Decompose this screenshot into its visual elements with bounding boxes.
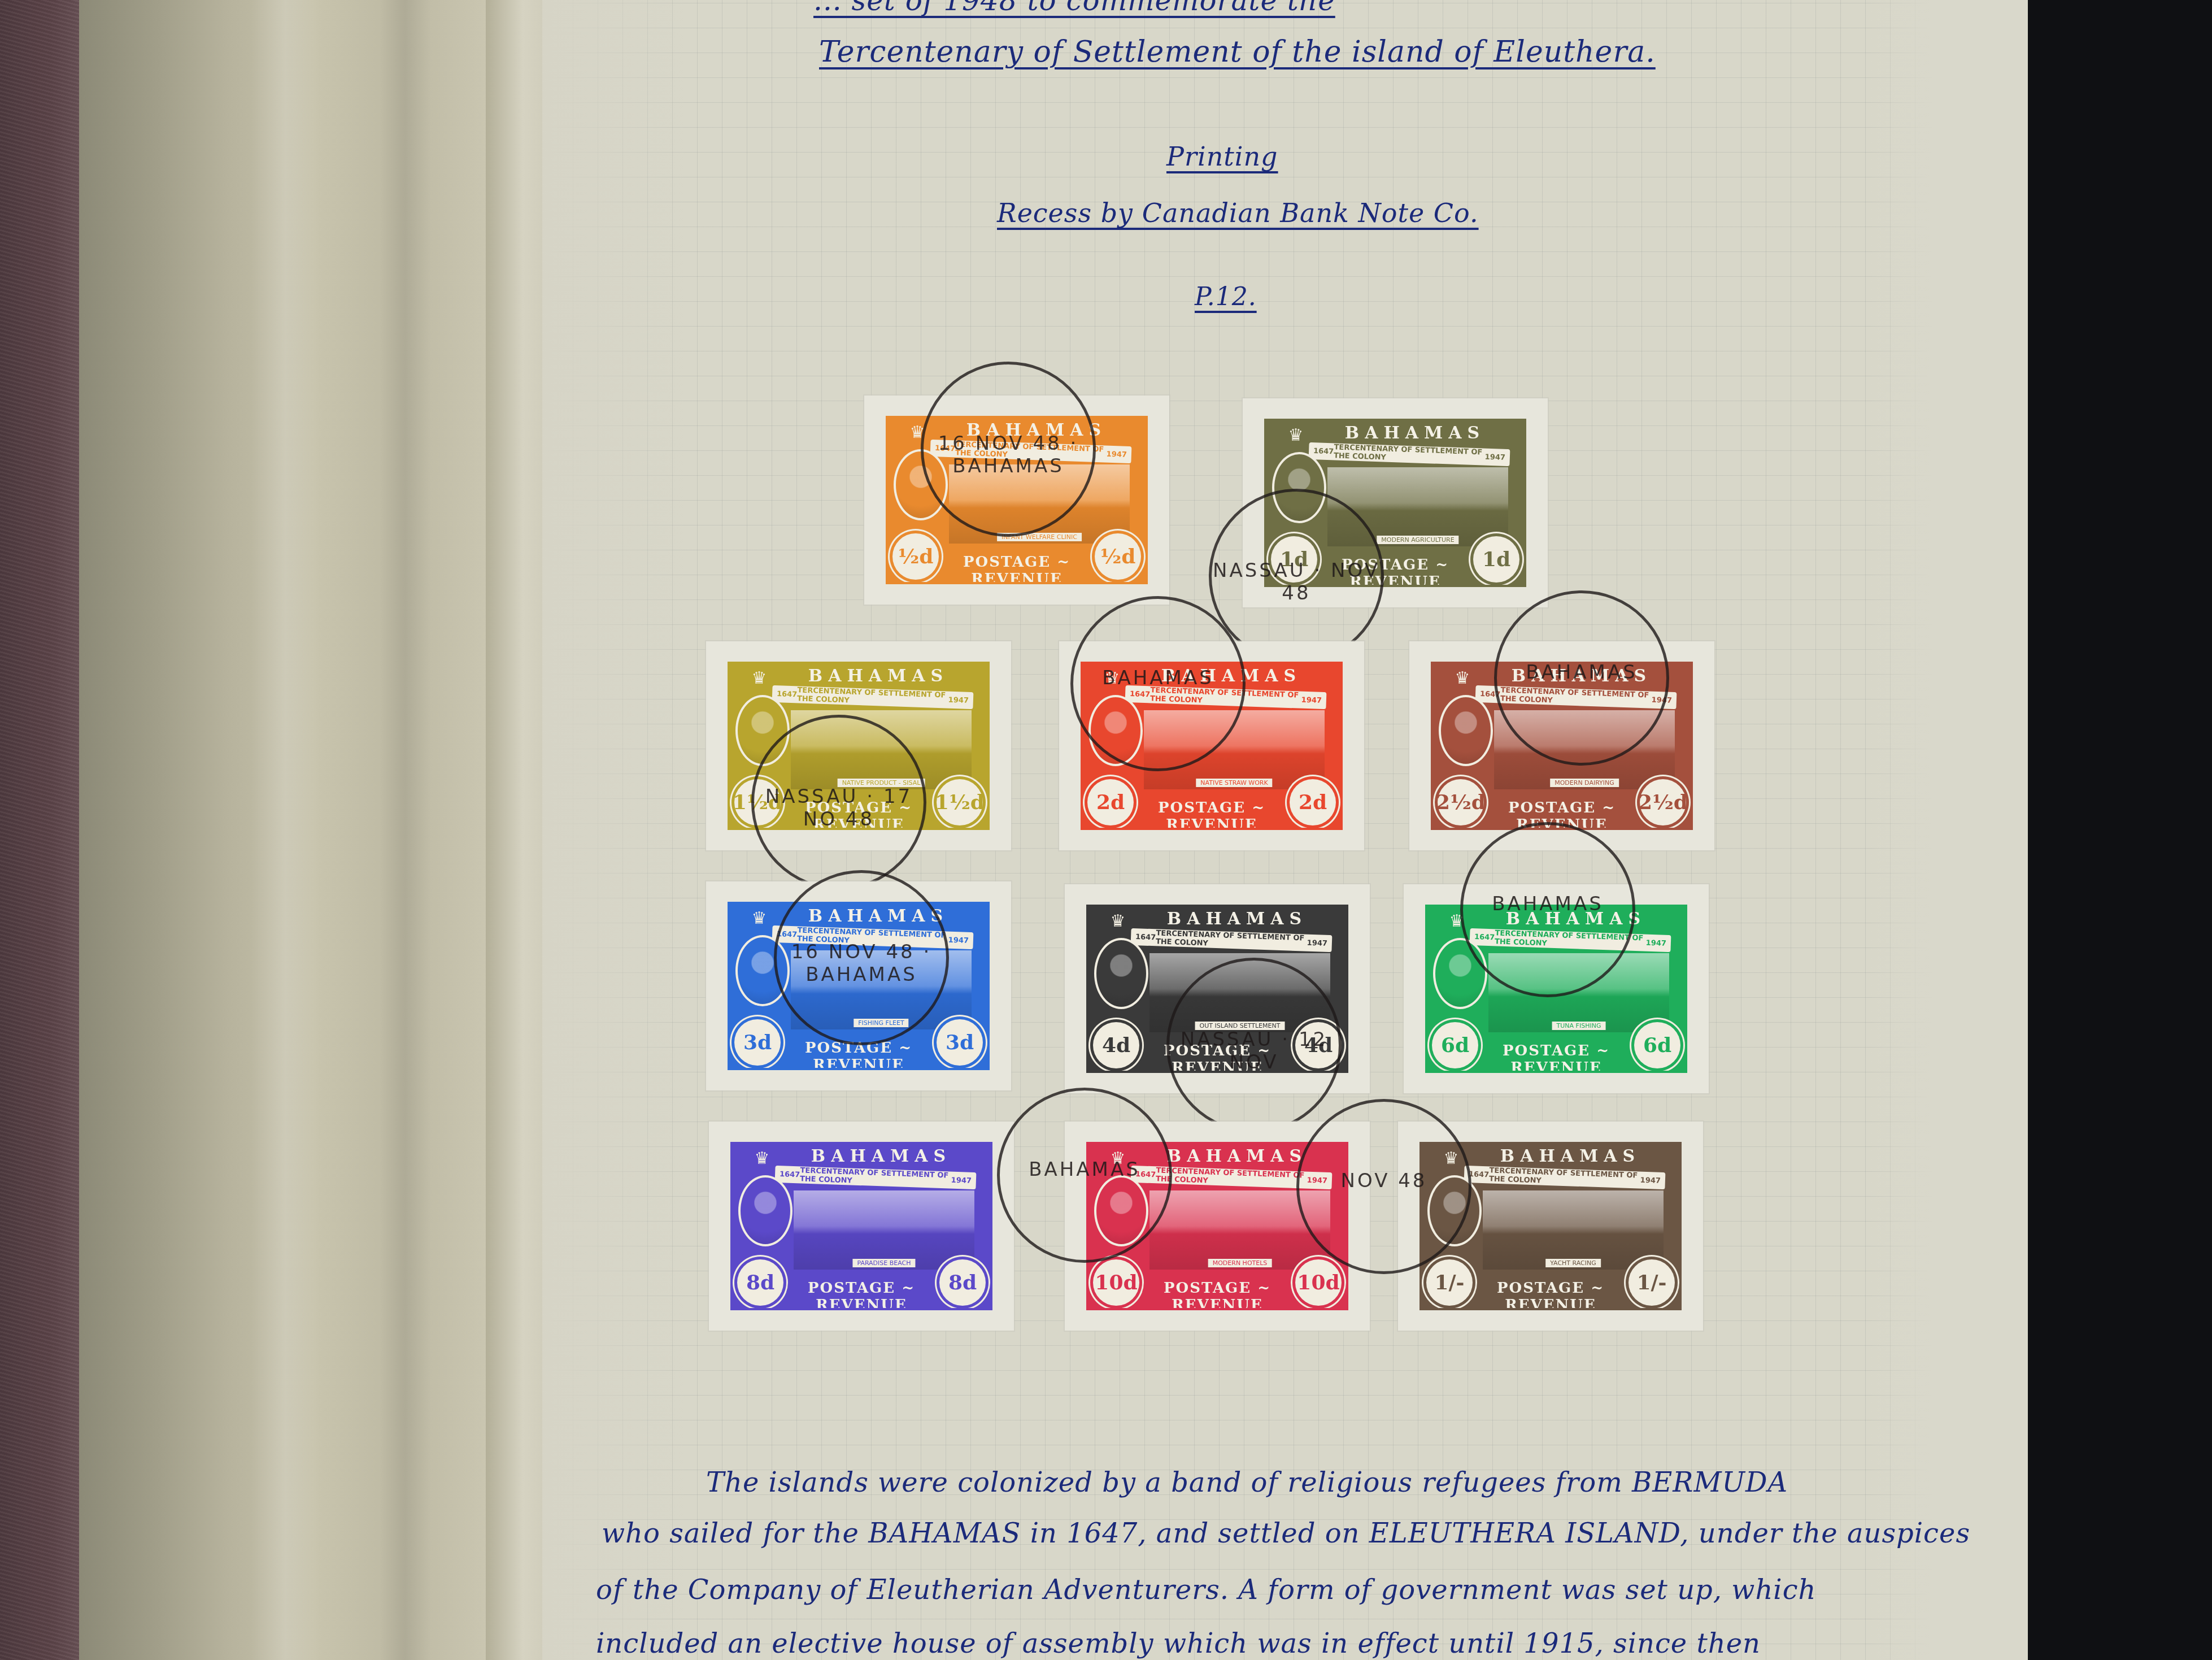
crown-icon: ♛ (1100, 668, 1125, 689)
stamp-value-left: 1/- (1426, 1259, 1473, 1306)
king-portrait-icon (894, 449, 948, 520)
stamp-country: BAHAMAS (792, 666, 965, 689)
ribbon-year-left: 1647 (1469, 1170, 1490, 1179)
stamp-footer: POSTAGE ~ REVENUE (1484, 1042, 1628, 1063)
crown-icon: ♛ (1439, 1149, 1464, 1169)
stamp-vignette: NATIVE PRODUCT - SISAL (791, 710, 972, 789)
stamp-value-right: 6d (1634, 1022, 1680, 1068)
stamp: ♛ BAHAMAS 1647 TERCENTENARY OF SETTLEMEN… (1398, 1122, 1703, 1331)
stamp-value-left: 6d (1432, 1022, 1478, 1068)
ribbon-year-left: 1647 (1135, 1170, 1156, 1179)
stamp-ribbon: 1647 TERCENTENARY OF SETTLEMENT OF THE C… (1131, 928, 1333, 952)
stamp-design: ♛ BAHAMAS 1647 TERCENTENARY OF SETTLEMEN… (1425, 905, 1687, 1073)
ribbon-year-left: 1647 (1135, 933, 1156, 942)
stamp-vignette: MODERN HOTELS (1149, 1190, 1330, 1270)
notes-line-2: who sailed for the BAHAMAS in 1647, and … (602, 1520, 1970, 1547)
stamp-vignette: PARADISE BEACH (794, 1190, 974, 1270)
stamp-design: ♛ BAHAMAS 1647 TERCENTENARY OF SETTLEMEN… (1086, 1142, 1348, 1310)
stamp-ribbon: 1647 TERCENTENARY OF SETTLEMENT OF THE C… (1470, 928, 1671, 952)
stamp-design: ♛ BAHAMAS 1647 TERCENTENARY OF SETTLEMEN… (886, 416, 1148, 584)
ribbon-year-left: 1647 (777, 930, 798, 939)
king-portrait-icon (1439, 695, 1493, 766)
ribbon-text: TERCENTENARY OF SETTLEMENT OF THE COLONY (1150, 686, 1302, 708)
stamp-ribbon: 1647 TERCENTENARY OF SETTLEMENT OF THE C… (772, 925, 974, 949)
stamp-footer: POSTAGE ~ REVENUE (786, 799, 931, 820)
ribbon-text: TERCENTENARY OF SETTLEMENT OF THE COLONY (1500, 686, 1652, 708)
stamp-design: ♛ BAHAMAS 1647 TERCENTENARY OF SETTLEMEN… (1081, 662, 1343, 830)
stamp-vignette: OUT ISLAND SETTLEMENT (1149, 953, 1330, 1032)
page-gutter (486, 0, 548, 1660)
stamp-design: ♛ BAHAMAS 1647 TERCENTENARY OF SETTLEMEN… (728, 662, 990, 830)
ribbon-year-right: 1947 (1307, 1176, 1327, 1185)
stamp-vignette: TUNA FISHING (1488, 953, 1669, 1032)
stamp-ribbon: 1647 TERCENTENARY OF SETTLEMENT OF THE C… (775, 1166, 977, 1189)
stamp-footer: POSTAGE ~ REVENUE (789, 1280, 934, 1300)
stamp-design: ♛ BAHAMAS 1647 TERCENTENARY OF SETTLEMEN… (1431, 662, 1693, 830)
stamp: ♛ BAHAMAS 1647 TERCENTENARY OF SETTLEMEN… (709, 1122, 1014, 1331)
stamp-vignette: NATIVE STRAW WORK (1144, 710, 1325, 789)
ribbon-year-right: 1947 (1484, 453, 1505, 462)
stamp-vignette: MODERN AGRICULTURE (1327, 467, 1508, 546)
stamp-footer: POSTAGE ~ REVENUE (1490, 799, 1634, 820)
stamp-caption: OUT ISLAND SETTLEMENT (1195, 1022, 1285, 1030)
stamp-value-left: 1d (1271, 536, 1317, 583)
ribbon-text: TERCENTENARY OF SETTLEMENT OF THE COLONY (797, 686, 949, 708)
stamp-design: ♛ BAHAMAS 1647 TERCENTENARY OF SETTLEMEN… (1264, 419, 1526, 587)
stamp-caption: INFANT WELFARE CLINIC (997, 533, 1082, 541)
stamp-caption: FISHING FLEET (854, 1019, 908, 1027)
stamp-country: BAHAMAS (1145, 666, 1318, 689)
stamp-value-left: 2½d (1438, 779, 1484, 825)
ribbon-year-left: 1647 (1130, 690, 1151, 699)
ribbon-text: TERCENTENARY OF SETTLEMENT OF THE COLONY (1156, 929, 1308, 951)
heading-line-1: ... set of 1948 to commemorate the (813, 0, 1335, 17)
king-portrait-icon (1433, 938, 1487, 1009)
stamp-value-right: 2½d (1640, 779, 1686, 825)
stamp-vignette: INFANT WELFARE CLINIC (949, 464, 1130, 544)
stamp-vignette: FISHING FLEET (791, 950, 972, 1029)
crown-icon: ♛ (1450, 668, 1475, 689)
stamp-footer: POSTAGE ~ REVENUE (944, 554, 1089, 574)
stamp-ribbon: 1647 TERCENTENARY OF SETTLEMENT OF THE C… (772, 685, 974, 709)
stamp-value-right: 3d (937, 1019, 983, 1066)
ribbon-text: TERCENTENARY OF SETTLEMENT OF THE COLONY (1495, 929, 1647, 951)
king-portrait-icon (735, 695, 790, 766)
stamp: ♛ BAHAMAS 1647 TERCENTENARY OF SETTLEMEN… (1059, 641, 1364, 850)
stamp-vignette: YACHT RACING (1483, 1190, 1664, 1270)
ribbon-text: TERCENTENARY OF SETTLEMENT OF THE COLONY (800, 1166, 952, 1188)
stamp: ♛ BAHAMAS 1647 TERCENTENARY OF SETTLEMEN… (1065, 884, 1370, 1093)
crown-icon: ♛ (1283, 425, 1308, 446)
stamp-country: BAHAMAS (1329, 423, 1501, 446)
ribbon-year-right: 1947 (951, 1176, 972, 1185)
stamp-footer: POSTAGE ~ REVENUE (1145, 1042, 1290, 1063)
notes-line-4: included an elective house of assembly w… (596, 1630, 1761, 1657)
stamp-country: BAHAMAS (1490, 909, 1662, 932)
ribbon-year-left: 1647 (935, 444, 956, 453)
crown-icon: ♛ (1105, 911, 1130, 932)
king-portrait-icon (738, 1175, 793, 1246)
stamp: ♛ BAHAMAS 1647 TERCENTENARY OF SETTLEMEN… (706, 641, 1011, 850)
stamp-country: BAHAMAS (792, 906, 965, 929)
ribbon-year-right: 1947 (1106, 450, 1127, 459)
stamp-footer: POSTAGE ~ REVENUE (1139, 799, 1284, 820)
stamp-footer: POSTAGE ~ REVENUE (1145, 1280, 1290, 1300)
ribbon-year-right: 1947 (1301, 696, 1322, 705)
stamp-country: BAHAMAS (950, 420, 1123, 443)
stamp: ♛ BAHAMAS 1647 TERCENTENARY OF SETTLEMEN… (864, 396, 1169, 605)
stamp-value-right: 4d (1295, 1022, 1342, 1068)
stamp-footer: POSTAGE ~ REVENUE (1323, 557, 1468, 577)
stamp: ♛ BAHAMAS 1647 TERCENTENARY OF SETTLEMEN… (706, 881, 1011, 1090)
stamp-ribbon: 1647 TERCENTENARY OF SETTLEMENT OF THE C… (930, 440, 1132, 463)
stamp-value-left: 10d (1093, 1259, 1139, 1306)
stamp-value-right: 10d (1295, 1259, 1342, 1306)
album-cover (0, 0, 85, 1660)
ribbon-year-right: 1947 (948, 936, 969, 945)
printing-method: Recess by Canadian Bank Note Co. (997, 198, 1479, 228)
stamp: ♛ BAHAMAS 1647 TERCENTENARY OF SETTLEMEN… (1065, 1122, 1370, 1331)
stamp-caption: PARADISE BEACH (852, 1259, 915, 1267)
ribbon-year-left: 1647 (780, 1170, 800, 1179)
stamp-design: ♛ BAHAMAS 1647 TERCENTENARY OF SETTLEMEN… (730, 1142, 992, 1310)
stamp-country: BAHAMAS (1484, 1146, 1657, 1169)
stamp-value-right: 2d (1290, 779, 1336, 825)
ribbon-year-left: 1647 (777, 690, 798, 699)
stamp-value-right: 1½d (937, 779, 983, 825)
ribbon-year-right: 1947 (1307, 938, 1327, 948)
ribbon-year-right: 1947 (948, 696, 969, 705)
stamp-value-right: ½d (1095, 533, 1141, 580)
crown-icon: ♛ (905, 423, 930, 443)
ribbon-year-left: 1647 (1474, 933, 1495, 942)
stamp-caption: MODERN HOTELS (1208, 1259, 1272, 1267)
stamp-design: ♛ BAHAMAS 1647 TERCENTENARY OF SETTLEMEN… (1419, 1142, 1682, 1310)
ribbon-text: TERCENTENARY OF SETTLEMENT OF THE COLONY (955, 440, 1107, 462)
notes-line-3: of the Company of Eleutherian Adventurer… (596, 1576, 1816, 1603)
ribbon-year-left: 1647 (1480, 690, 1501, 699)
stamp-caption: MODERN DAIRYING (1550, 779, 1619, 787)
king-portrait-icon (1088, 695, 1143, 766)
stamp-footer: POSTAGE ~ REVENUE (1478, 1280, 1623, 1300)
king-portrait-icon (735, 935, 790, 1006)
stamp-ribbon: 1647 TERCENTENARY OF SETTLEMENT OF THE C… (1309, 442, 1510, 466)
perforation-note: P.12. (1195, 283, 1257, 311)
glassine-interleaf (79, 0, 508, 1660)
king-portrait-icon (1272, 452, 1326, 523)
stamp-caption: NATIVE PRODUCT - SISAL (838, 779, 925, 787)
ribbon-year-right: 1947 (1640, 1176, 1661, 1185)
stamp-country: BAHAMAS (1495, 666, 1668, 689)
stamp-ribbon: 1647 TERCENTENARY OF SETTLEMENT OF THE C… (1475, 685, 1677, 709)
stamp-country: BAHAMAS (795, 1146, 968, 1169)
stamp-value-left: 4d (1093, 1022, 1139, 1068)
stamp: ♛ BAHAMAS 1647 TERCENTENARY OF SETTLEMEN… (1404, 884, 1709, 1093)
stamp-caption: YACHT RACING (1545, 1259, 1601, 1267)
stamp-caption: NATIVE STRAW WORK (1196, 779, 1272, 787)
printing-label: Printing (1166, 141, 1278, 172)
stamp-value-right: 1d (1473, 536, 1519, 583)
ribbon-year-left: 1647 (1313, 447, 1334, 456)
stamp: ♛ BAHAMAS 1647 TERCENTENARY OF SETTLEMEN… (1243, 398, 1548, 607)
crown-icon: ♛ (747, 668, 772, 689)
stamp-value-right: 8d (939, 1259, 986, 1306)
stamp-value-left: 1½d (734, 779, 781, 825)
ribbon-year-right: 1947 (1645, 938, 1666, 948)
ribbon-text: TERCENTENARY OF SETTLEMENT OF THE COLONY (797, 926, 949, 948)
stamp-value-right: 1/- (1628, 1259, 1675, 1306)
heading-line-2: Tercentenary of Settlement of the island… (819, 35, 1656, 69)
stamp-ribbon: 1647 TERCENTENARY OF SETTLEMENT OF THE C… (1125, 685, 1327, 709)
stamp-country: BAHAMAS (1151, 909, 1323, 932)
king-portrait-icon (1094, 938, 1148, 1009)
stamp-design: ♛ BAHAMAS 1647 TERCENTENARY OF SETTLEMEN… (728, 902, 990, 1070)
stamp-ribbon: 1647 TERCENTENARY OF SETTLEMENT OF THE C… (1131, 1166, 1333, 1189)
crown-icon: ♛ (1444, 911, 1469, 932)
stamp-caption: MODERN AGRICULTURE (1377, 536, 1458, 544)
stamp-vignette: MODERN DAIRYING (1494, 710, 1675, 789)
notes-line-1: The islands were colonized by a band of … (706, 1469, 1788, 1496)
crown-icon: ♛ (747, 909, 772, 929)
king-portrait-icon (1094, 1175, 1148, 1246)
ribbon-text: TERCENTENARY OF SETTLEMENT OF THE COLONY (1489, 1166, 1641, 1188)
king-portrait-icon (1427, 1175, 1482, 1246)
stamp: ♛ BAHAMAS 1647 TERCENTENARY OF SETTLEMEN… (1409, 641, 1714, 850)
stamp-country: BAHAMAS (1151, 1146, 1323, 1169)
stamp-footer: POSTAGE ~ REVENUE (786, 1040, 931, 1060)
stamp-ribbon: 1647 TERCENTENARY OF SETTLEMENT OF THE C… (1464, 1166, 1666, 1189)
ribbon-year-right: 1947 (1651, 696, 1672, 705)
crown-icon: ♛ (1105, 1149, 1130, 1169)
stamp-caption: TUNA FISHING (1552, 1022, 1606, 1030)
ribbon-text: TERCENTENARY OF SETTLEMENT OF THE COLONY (1334, 443, 1486, 465)
stamp-value-left: 8d (737, 1259, 783, 1306)
stamp-value-left: ½d (892, 533, 939, 580)
ribbon-text: TERCENTENARY OF SETTLEMENT OF THE COLONY (1156, 1166, 1308, 1188)
stamp-design: ♛ BAHAMAS 1647 TERCENTENARY OF SETTLEMEN… (1086, 905, 1348, 1073)
stamp-value-left: 2d (1087, 779, 1134, 825)
stamp-value-left: 3d (734, 1019, 781, 1066)
crown-icon: ♛ (750, 1149, 774, 1169)
